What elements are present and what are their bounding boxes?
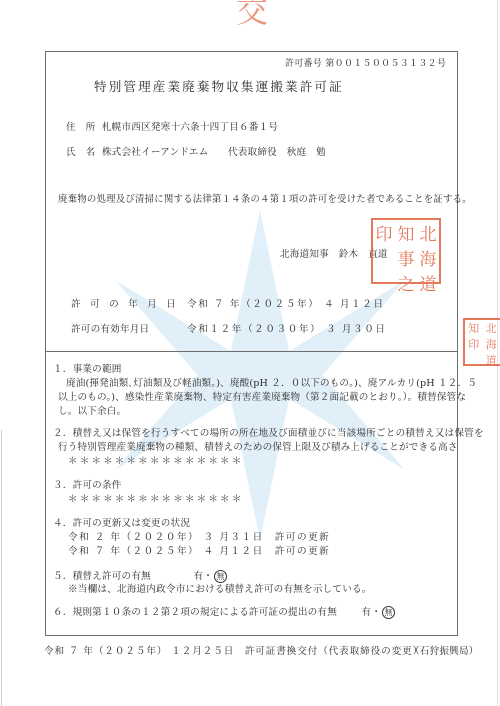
section-5-row: ５．積替え許可の有無 有・無 (53, 570, 227, 583)
seal-char (465, 352, 483, 368)
top-stamp: 交 (232, 0, 272, 30)
certification-statement: 廃棄物の処理及び清掃に関する法律第１４条の４第１項の許可を受けた者であることを証… (58, 194, 472, 206)
section-4-heading: ４．許可の更新又は変更の状況 (53, 518, 190, 530)
name-label: 氏 名 (66, 147, 95, 158)
seal-char: 事 (395, 245, 417, 270)
seal-char: 海 (483, 336, 500, 352)
certificate-title: 特別管理産業廃棄物収集運搬業許可証 (94, 79, 344, 95)
section-divider (45, 351, 458, 352)
seal-char: 北 (417, 220, 439, 245)
name-value: 株式会社イーアンドエム 代表取締役 秋庭 勉 (102, 147, 326, 158)
section-5-heading: ５．積替え許可の有無 (53, 571, 151, 582)
seal-char (373, 270, 395, 295)
update-entry: 令和 ７ 年（２０２５年） ４ 月１２日 許可の更新 (68, 546, 330, 558)
seal-char (373, 245, 395, 270)
section-2-value: ＊＊＊＊＊＊＊＊＊＊＊＊＊＊＊ (68, 456, 243, 468)
seal-char: 印 (373, 220, 395, 245)
name-row: 氏 名 株式会社イーアンドエム 代表取締役 秋庭 勉 (66, 147, 326, 159)
section-3-heading: ３．許可の条件 (53, 480, 122, 492)
seal-char: 知 (465, 320, 483, 336)
section-2-heading: ２．積替え又は保管を行うすべての場所の所在地及び面積並びに当該場所ごとの積替え又… (53, 428, 484, 440)
seal-char: 道 (417, 270, 439, 295)
issuing-office: （石狩振興局） (410, 646, 479, 658)
expiry-date-value: 令和１２年（２０３０年） ３ 月３０日 (187, 324, 387, 336)
reissue-note: 令和 ７ 年（２０２５年） １２月２５日 許可証書換交付（代表取締役の変更） (44, 646, 423, 658)
page-edge (1, 430, 2, 706)
section-3-value: ＊＊＊＊＊＊＊＊＊＊＊＊＊＊＊ (68, 494, 243, 506)
expiry-date-label: 許可の有効年月日 (71, 324, 149, 336)
section-1-line: 以上のもの。)、感染性産業廃棄物、特定有害産業廃棄物（第２面記載のとおり。）。積… (58, 392, 466, 404)
section-1-line: し。以下余白。 (58, 406, 126, 418)
seal-char: 北 (483, 320, 500, 336)
seal-char: 海 (417, 245, 439, 270)
seal-char: 知 (395, 220, 417, 245)
section-6-heading: ６．規則第１０条の１２第２項の規定による許可証の提出の有無 (53, 607, 337, 618)
governor-seal: 北 海 道 知 事 之 印 (371, 218, 441, 284)
section-1-heading: １．事業の範囲 (53, 364, 122, 376)
address-row: 住 所 札幌市西区発寒十六条十四丁目６番１号 (66, 122, 278, 134)
section-6-row: ６．規則第１０条の１２第２項の規定による許可証の提出の有無 有・無 (53, 606, 395, 619)
option-no-circled: 無 (382, 606, 395, 619)
update-entry: 令和 ２ 年（２０２０年） ３ 月３１日 許可の更新 (68, 532, 330, 544)
section-2-line: 行う特別管理産業廃棄物の種類、積替えのための保管上限及び積み上げることができる高… (58, 442, 458, 454)
option-yes: 有・ (362, 607, 382, 618)
permit-number: 許可番号 第００１５００５３１３２号 (285, 58, 446, 70)
permit-date-value: 令和 ７ 年（２０２５年） ４ 月１２日 (187, 299, 385, 311)
section-1-line: 廃油(揮発油類､灯油類及び軽油類｡)、廃酸(pH ２．０以下のもの｡)、廃アルカ… (66, 378, 477, 390)
address-label: 住 所 (66, 122, 95, 133)
section-5-note: ※当欄は、北海道内政令市における積替え許可の有無を示している。 (68, 584, 372, 596)
option-no-circled: 無 (214, 570, 227, 583)
seal-char: 道 (483, 352, 500, 368)
permit-date-label: 許 可 の 年 月 日 (71, 299, 179, 311)
address-value: 札幌市西区発寒十六条十四丁目６番１号 (102, 122, 278, 133)
option-yes: 有・ (193, 571, 213, 582)
seal-char: 印 (465, 336, 483, 352)
seal-char: 之 (395, 270, 417, 295)
margin-seal: 北 海 道 知 印 (463, 318, 500, 366)
